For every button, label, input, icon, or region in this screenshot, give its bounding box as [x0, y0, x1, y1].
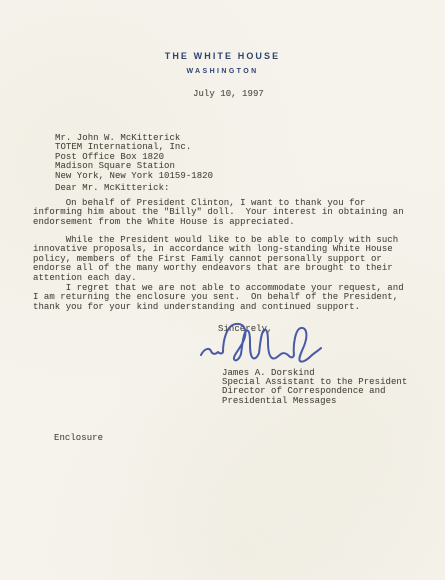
- letterhead-subtitle: WASHINGTON: [0, 68, 445, 75]
- letter-date: July 10, 1997: [193, 90, 264, 99]
- recipient-address: Mr. John W. McKitterick TOTEM Internatio…: [55, 134, 213, 181]
- signer-titles: Special Assistant to the President Direc…: [222, 378, 407, 406]
- enclosure-note: Enclosure: [54, 434, 103, 443]
- body-paragraph-2: While the President would like to be abl…: [33, 236, 398, 283]
- salutation: Dear Mr. McKitterick:: [55, 184, 169, 193]
- letter-page: THE WHITE HOUSE WASHINGTON July 10, 1997…: [0, 0, 445, 580]
- handwritten-signature: [197, 320, 327, 366]
- signature-stroke: [201, 324, 321, 362]
- body-paragraph-3: I regret that we are not able to accommo…: [33, 284, 404, 312]
- letterhead-title: THE WHITE HOUSE: [0, 51, 445, 61]
- body-paragraph-1: On behalf of President Clinton, I want t…: [33, 199, 404, 227]
